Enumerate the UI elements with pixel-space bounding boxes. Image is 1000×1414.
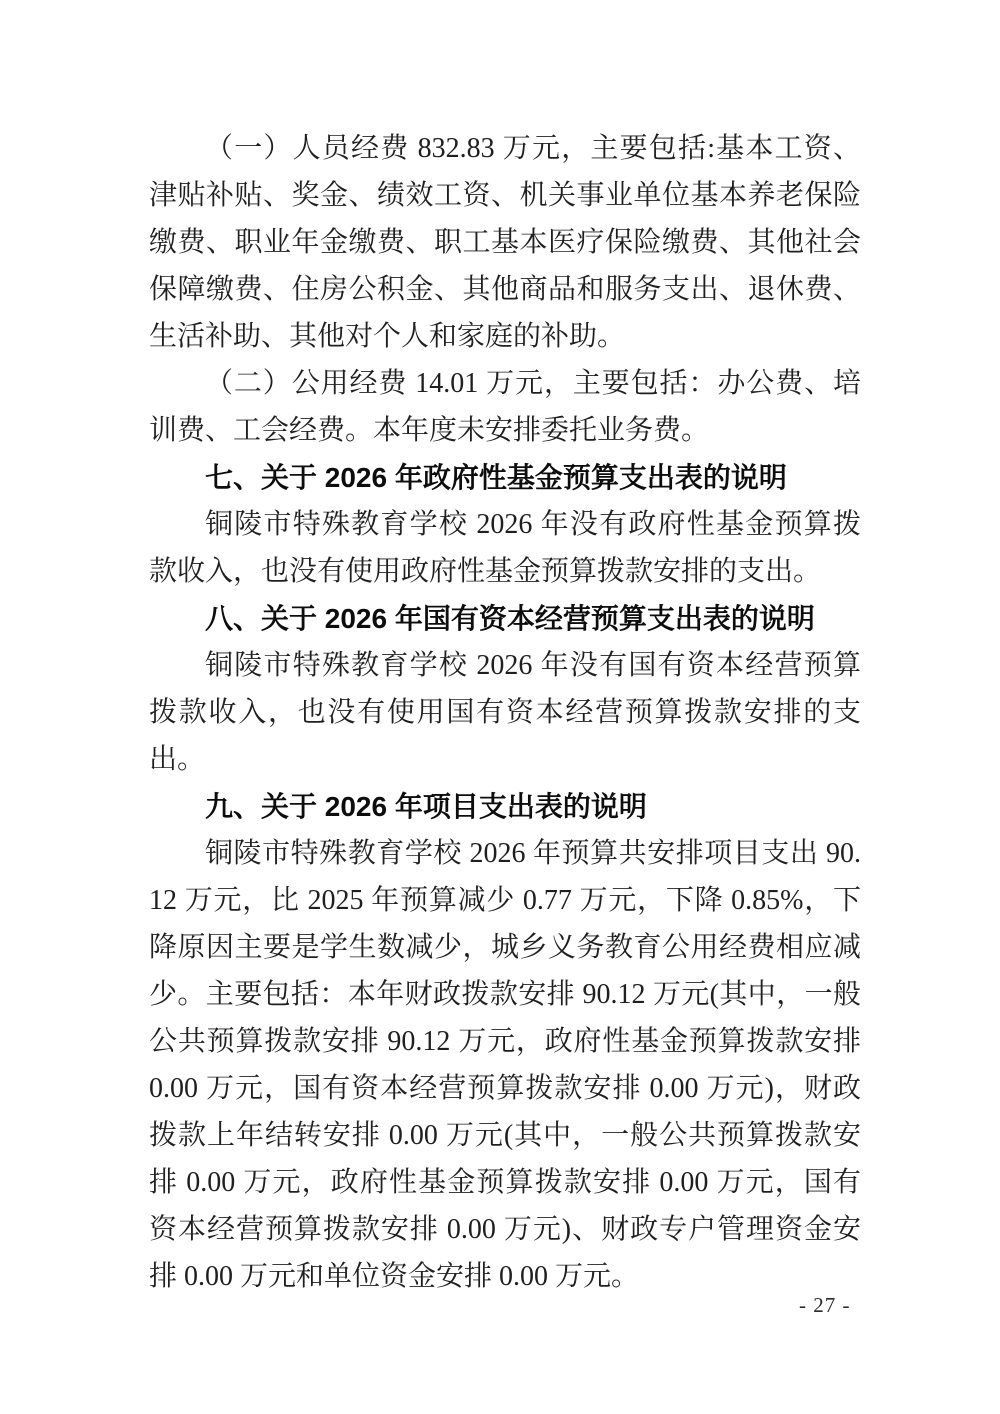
paragraph-personnel-expense: （一）人员经费 832.83 万元，主要包括:基本工资、津贴补贴、奖金、绩效工资… bbox=[149, 125, 861, 360]
heading-section-7-gov-fund-budget: 七、关于 2026 年政府性基金预算支出表的说明 bbox=[149, 454, 861, 501]
heading-section-9-project-expenditure: 九、关于 2026 年项目支出表的说明 bbox=[149, 783, 861, 830]
heading-section-8-state-capital-budget: 八、关于 2026 年国有资本经营预算支出表的说明 bbox=[149, 595, 861, 642]
page-number: - 27 - bbox=[799, 1290, 851, 1320]
paragraph-public-expense: （二）公用经费 14.01 万元，主要包括：办公费、培训费、工会经费。本年度未安… bbox=[149, 360, 861, 454]
paragraph-project-expenditure-detail: 铜陵市特殊教育学校 2026 年预算共安排项目支出 90.12 万元，比 202… bbox=[149, 830, 861, 1300]
document-body: （一）人员经费 832.83 万元，主要包括:基本工资、津贴补贴、奖金、绩效工资… bbox=[149, 125, 861, 1300]
document-page: （一）人员经费 832.83 万元，主要包括:基本工资、津贴补贴、奖金、绩效工资… bbox=[0, 0, 1000, 1414]
paragraph-gov-fund-budget-note: 铜陵市特殊教育学校 2026 年没有政府性基金预算拨款收入，也没有使用政府性基金… bbox=[149, 501, 861, 595]
paragraph-state-capital-budget-note: 铜陵市特殊教育学校 2026 年没有国有资本经营预算拨款收入，也没有使用国有资本… bbox=[149, 642, 861, 783]
